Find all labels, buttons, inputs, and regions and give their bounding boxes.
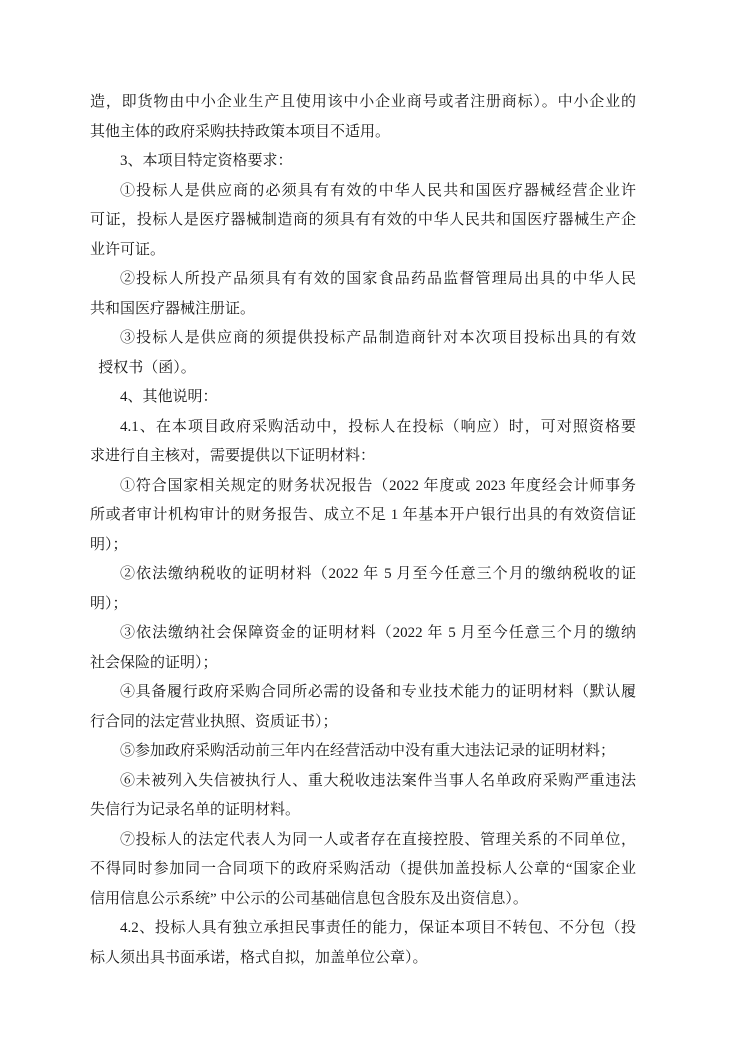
text-line: ①投标人是供应商的必须具有有效的中华人民共和国医疗器械经营企业许 (90, 177, 636, 207)
text-line: ②投标人所投产品须具有有效的国家食品药品监督管理局出具的中华人民 (90, 265, 636, 295)
paragraph: ③投标人是供应商的须提供投标产品制造商针对本次项目投标出具的有效授权书（函）。 (90, 324, 636, 383)
text-line: ③依法缴纳社会保障资金的证明材料（2022 年 5 月至今任意三个月的缴纳 (90, 619, 636, 649)
text-line: 社会保险的证明）； (90, 649, 636, 679)
text-line: 3、本项目特定资格要求： (90, 147, 636, 177)
text-line: 标人须出具书面承诺，格式自拟，加盖单位公章）。 (90, 944, 636, 974)
document-page: 造，即货物由中小企业生产且使用该中小企业商号或者注册商标）。中小企业的其他主体的… (0, 0, 750, 1060)
text-line: 造，即货物由中小企业生产且使用该中小企业商号或者注册商标）。中小企业的 (90, 88, 636, 118)
text-line: 4.1、在本项目政府采购活动中，投标人在投标（响应）时，可对照资格要 (90, 413, 636, 443)
text-line: 4.2、投标人具有独立承担民事责任的能力，保证本项目不转包、不分包（投 (90, 914, 636, 944)
text-line: ⑦投标人的法定代表人为同一人或者存在直接控股、管理关系的不同单位， (90, 826, 636, 856)
paragraph: 4、其他说明： (90, 383, 636, 413)
text-line: 可证，投标人是医疗器械制造商的须具有有效的中华人民共和国医疗器械生产企 (90, 206, 636, 236)
text-line: 求进行自主核对，需要提供以下证明材料： (90, 442, 636, 472)
paragraph: ②依法缴纳税收的证明材料（2022 年 5 月至今任意三个月的缴纳税收的证明）； (90, 560, 636, 619)
text-line: 4、其他说明： (90, 383, 636, 413)
text-line: 明）； (90, 590, 636, 620)
paragraph: ①符合国家相关规定的财务状况报告（2022 年度或 2023 年度经会计师事务所… (90, 472, 636, 561)
text-line: 共和国医疗器械注册证。 (90, 295, 636, 325)
text-line: ①符合国家相关规定的财务状况报告（2022 年度或 2023 年度经会计师事务 (90, 472, 636, 502)
text-line: 业许可证。 (90, 236, 636, 266)
paragraph: 4.1、在本项目政府采购活动中，投标人在投标（响应）时，可对照资格要求进行自主核… (90, 413, 636, 472)
text-line: 行合同的法定营业执照、资质证书）； (90, 708, 636, 738)
text-line: 其他主体的政府采购扶持政策本项目不适用。 (90, 118, 636, 148)
text-line: 明）； (90, 531, 636, 561)
paragraph: ①投标人是供应商的必须具有有效的中华人民共和国医疗器械经营企业许可证，投标人是医… (90, 177, 636, 266)
paragraph: 造，即货物由中小企业生产且使用该中小企业商号或者注册商标）。中小企业的其他主体的… (90, 88, 636, 147)
text-line: 失信行为记录名单的证明材料。 (90, 796, 636, 826)
paragraph: ⑥未被列入失信被执行人、重大税收违法案件当事人名单政府采购严重违法失信行为记录名… (90, 767, 636, 826)
paragraph: 4.2、投标人具有独立承担民事责任的能力，保证本项目不转包、不分包（投标人须出具… (90, 914, 636, 973)
paragraph: ⑤参加政府采购活动前三年内在经营活动中没有重大违法记录的证明材料； (90, 737, 636, 767)
paragraph: ⑦投标人的法定代表人为同一人或者存在直接控股、管理关系的不同单位，不得同时参加同… (90, 826, 636, 915)
paragraph: ②投标人所投产品须具有有效的国家食品药品监督管理局出具的中华人民共和国医疗器械注… (90, 265, 636, 324)
paragraph: ④具备履行政府采购合同所必需的设备和专业技术能力的证明材料（默认履行合同的法定营… (90, 678, 636, 737)
text-line: ④具备履行政府采购合同所必需的设备和专业技术能力的证明材料（默认履 (90, 678, 636, 708)
text-line: 授权书（函）。 (90, 354, 636, 384)
text-line: ⑤参加政府采购活动前三年内在经营活动中没有重大违法记录的证明材料； (90, 737, 636, 767)
text-line: ②依法缴纳税收的证明材料（2022 年 5 月至今任意三个月的缴纳税收的证 (90, 560, 636, 590)
text-line: 所或者审计机构审计的财务报告、成立不足 1 年基本开户银行出具的有效资信证 (90, 501, 636, 531)
paragraph: ③依法缴纳社会保障资金的证明材料（2022 年 5 月至今任意三个月的缴纳社会保… (90, 619, 636, 678)
text-line: 信用信息公示系统” 中公示的公司基础信息包含股东及出资信息）。 (90, 885, 636, 915)
paragraph: 3、本项目特定资格要求： (90, 147, 636, 177)
text-line: ⑥未被列入失信被执行人、重大税收违法案件当事人名单政府采购严重违法 (90, 767, 636, 797)
text-line: 不得同时参加同一合同项下的政府采购活动（提供加盖投标人公章的“国家企业 (90, 855, 636, 885)
text-line: ③投标人是供应商的须提供投标产品制造商针对本次项目投标出具的有效 (90, 324, 636, 354)
